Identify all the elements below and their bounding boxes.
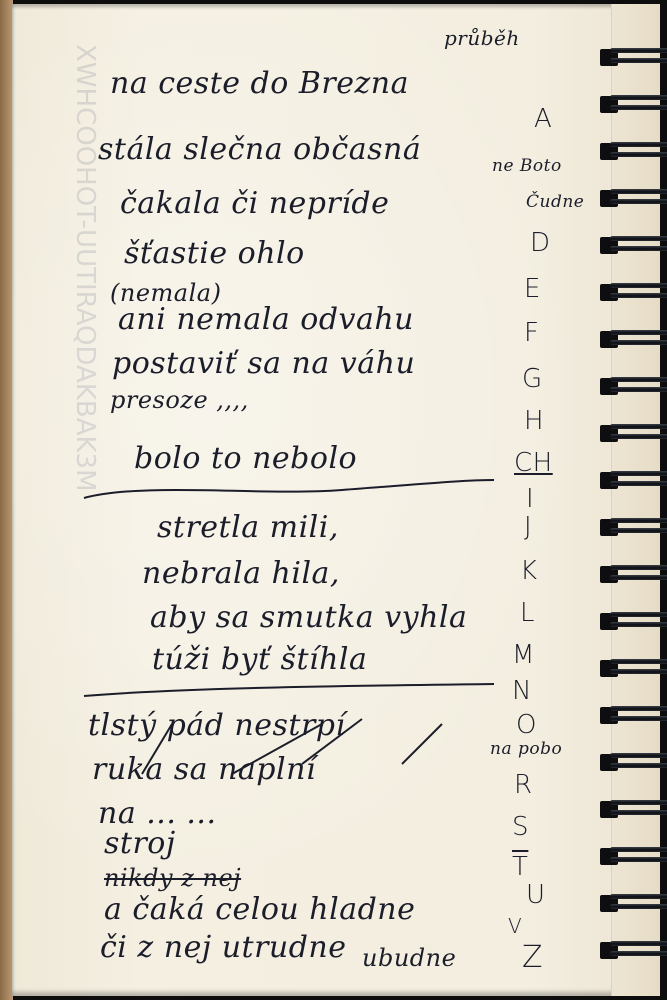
poem-line: bolo to nebolo <box>134 441 357 476</box>
top-right-note: průběh <box>444 26 520 50</box>
alphabet-letter: T <box>512 852 528 882</box>
alphabet-letter: F <box>524 318 539 348</box>
alphabet-letter: S <box>512 812 529 842</box>
poem-line: na ceste do Brezna <box>110 66 409 101</box>
margin-note: ne Boto <box>492 156 562 176</box>
poem-line: ruka sa naplní <box>92 752 316 787</box>
alphabet-letter: CH <box>514 448 553 478</box>
divider-line <box>82 682 502 702</box>
alphabet-letter: O <box>516 710 537 740</box>
poem-line: postaviť sa na váhu <box>112 346 415 381</box>
alphabet-letter: M <box>512 640 535 670</box>
alphabet-letter: J <box>524 512 532 542</box>
poem-line: stroj <box>104 826 176 861</box>
alphabet-letter: A <box>534 104 552 134</box>
alphabet-letter: E <box>524 274 541 304</box>
poem-line: stála slečna občasná <box>98 132 421 167</box>
notebook-page: XWHCOOHOT-UUTIRAQDAKBAK3M průběh na cest… <box>12 4 660 996</box>
poem-line-struck: nikdy z nej <box>104 864 241 892</box>
poem-line: čakala či nepríde <box>120 186 389 221</box>
alphabet-letter: G <box>522 364 543 394</box>
poem-line: a čaká celou hladne <box>104 892 415 927</box>
bleed-through-text: XWHCOOHOT-UUTIRAQDAKBAK3M <box>70 44 100 492</box>
poem-line: ani nemala odvahu <box>118 302 414 337</box>
margin-note: na pobo <box>490 739 562 759</box>
alphabet-letter: I <box>526 484 534 514</box>
poem-line: či z nej utrudne <box>100 930 347 965</box>
poem-line: presoze ,,,, <box>110 386 249 414</box>
alphabet-letter: H <box>524 406 544 436</box>
margin-note: Čudne <box>526 192 584 212</box>
alphabet-letter: D <box>530 228 551 258</box>
alphabet-letter: N <box>512 676 532 706</box>
alphabet-letter: U <box>526 880 546 910</box>
alphabet-letter: R <box>514 770 533 800</box>
poem-line: nebrala hila, <box>142 556 340 591</box>
alphabet-letter: Z <box>522 940 543 975</box>
alphabet-letter: K <box>520 556 538 586</box>
poem-line: stretla mili, <box>157 510 339 545</box>
poem-line: túži byť štíhla <box>152 642 367 677</box>
poem-line: šťastie ohlo <box>124 236 305 271</box>
alphabet-letter: L <box>520 598 535 628</box>
poem-line-correction: ubudne <box>362 944 456 972</box>
alphabet-letter: V <box>508 914 522 938</box>
poem-line: aby sa smutka vyhla <box>150 600 467 635</box>
divider-line <box>82 474 502 504</box>
